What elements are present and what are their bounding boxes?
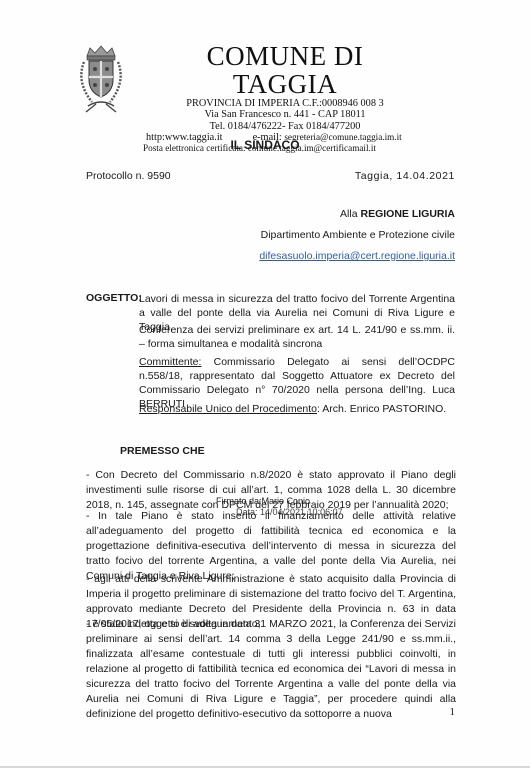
premesso-heading: PREMESSO CHE (120, 445, 205, 457)
recipient-department: Dipartimento Ambiente e Protezione civil… (261, 229, 455, 241)
page-number: 1 (450, 706, 456, 718)
subject-conference: Conferenza dei servizi preliminare ex ar… (139, 323, 455, 351)
signature-stamp-signer: Firmato da:Mario Conio (216, 496, 310, 506)
document-page: COMUNE DI TAGGIA PROVINCIA DI IMPERIA C.… (0, 0, 530, 766)
recipient-org: REGIONE LIGURIA (360, 208, 455, 220)
rup-text: : Arch. Enrico PASTORINO. (317, 403, 446, 415)
signature-stamp-date: Data: 14/04/2021 10:06:07 (236, 507, 343, 517)
subject-label: OGGETTO: (86, 292, 142, 304)
recipient-prefix: Alla (340, 208, 360, 220)
committente-label: Committente: (139, 356, 201, 368)
phone-line: Tel. 0184/476222- Fax 0184/477200 (160, 121, 410, 132)
province-line: PROVINCIA DI IMPERIA C.F.:0008946 008 3 (160, 98, 410, 109)
coat-of-arms-icon (70, 42, 132, 118)
rup-label: Responsabile Unico del Procedimento (139, 403, 317, 415)
letterhead: COMUNE DI TAGGIA PROVINCIA DI IMPERIA C.… (140, 42, 410, 154)
protocol-number: Protocollo n. 9590 (86, 170, 171, 182)
municipality-name: COMUNE DI TAGGIA (160, 42, 410, 98)
recipient-email-link[interactable]: difesasuolo.imperia@cert.regione.liguria… (259, 250, 455, 262)
recipient-name: Alla REGIONE LIGURIA (340, 208, 455, 220)
premise-paragraph: - è stata indetta e si è svolta in data … (86, 617, 456, 722)
sender-title: IL SINDACO (0, 138, 530, 152)
subject-rup: Responsabile Unico del Procedimento: Arc… (139, 402, 455, 416)
address-line: Via San Francesco n. 441 - CAP 18011 (160, 109, 410, 120)
place-date: Taggia, 14.04.2021 (355, 170, 455, 182)
